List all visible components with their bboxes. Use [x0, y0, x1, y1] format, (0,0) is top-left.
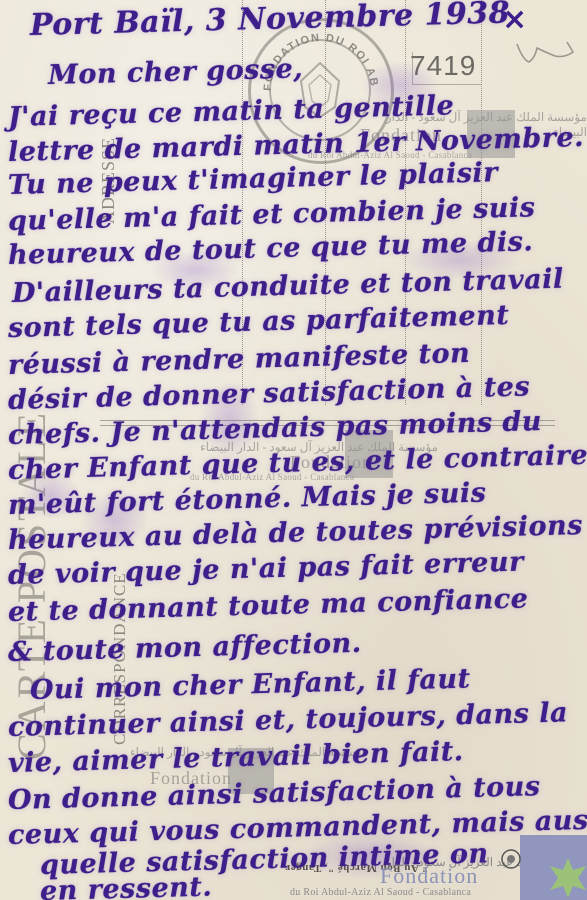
- star-logo-icon: [548, 858, 587, 898]
- pencil-scribble-icon: [515, 38, 577, 66]
- letter-closing-line: en ressent.: [40, 871, 213, 900]
- letter-line: et te donnant toute ma confiance: [8, 583, 529, 628]
- postcard: CARTE POSTALE ADRESSE CORRESPONDANCE FON…: [0, 0, 587, 900]
- postmark-icon: [500, 848, 522, 870]
- dateline: Port Baïl, 3 Novembre 1938: [30, 0, 511, 43]
- letter-line: & toute mon affection.: [8, 628, 362, 668]
- letter-line: Oui mon cher Enfant, il faut: [30, 663, 471, 706]
- letter-line: vie, aimer le travail bien fait.: [8, 736, 464, 779]
